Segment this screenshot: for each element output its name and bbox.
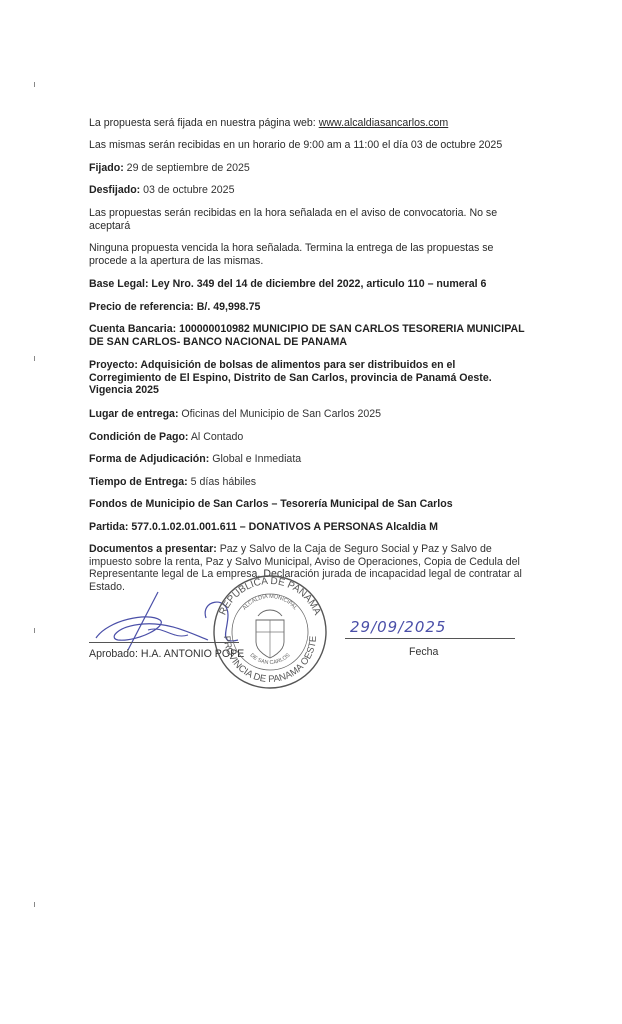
scan-mark (34, 356, 35, 361)
project-description: Proyecto: Adquisición de bolsas de alime… (89, 359, 529, 397)
schedule-line: Las mismas serán recibidas en un horario… (89, 139, 529, 152)
delivery-place: Lugar de entrega: Oficinas del Municipio… (89, 408, 529, 421)
reference-price: Precio de referencia: B/. 49,998.75 (89, 301, 529, 314)
bank-account: Cuenta Bancaria: 100000010982 MUNICIPIO … (89, 323, 529, 348)
payment-condition: Condición de Pago: Al Contado (89, 431, 529, 444)
paragraph-deadline: Ninguna propuesta vencida la hora señala… (89, 242, 529, 267)
handwritten-date: 29/09/2025 (350, 618, 446, 636)
web-notice: La propuesta será fijada en nuestra pági… (89, 117, 529, 130)
fijado-line: Fijado: 29 de septiembre de 2025 (89, 162, 529, 175)
scan-mark (34, 82, 35, 87)
svg-text:ALCALDIA MUNICIPAL: ALCALDIA MUNICIPAL (242, 594, 298, 611)
scan-mark (34, 628, 35, 633)
funds-source: Fondos de Municipio de San Carlos – Teso… (89, 498, 529, 511)
base-legal: Base Legal: Ley Nro. 349 del 14 de dicie… (89, 278, 529, 291)
award-form: Forma de Adjudicación: Global e Inmediat… (89, 453, 529, 466)
date-line (345, 638, 515, 639)
municipal-seal: REPUBLICA DE PANAMA PROVINCIA DE PANAMA … (208, 570, 333, 690)
website-link[interactable]: www.alcaldiasancarlos.com (319, 117, 449, 129)
desfijado-line: Desfijado: 03 de octubre 2025 (89, 184, 529, 197)
budget-line: Partida: 577.0.1.02.01.001.611 – DONATIV… (89, 521, 529, 534)
date-label: Fecha (409, 646, 438, 658)
scanned-page: La propuesta será fijada en nuestra pági… (0, 0, 622, 1024)
paragraph-reception: Las propuestas serán recibidas en la hor… (89, 207, 529, 232)
scan-mark (34, 902, 35, 907)
delivery-time: Tiempo de Entrega: 5 días hábiles (89, 476, 529, 489)
